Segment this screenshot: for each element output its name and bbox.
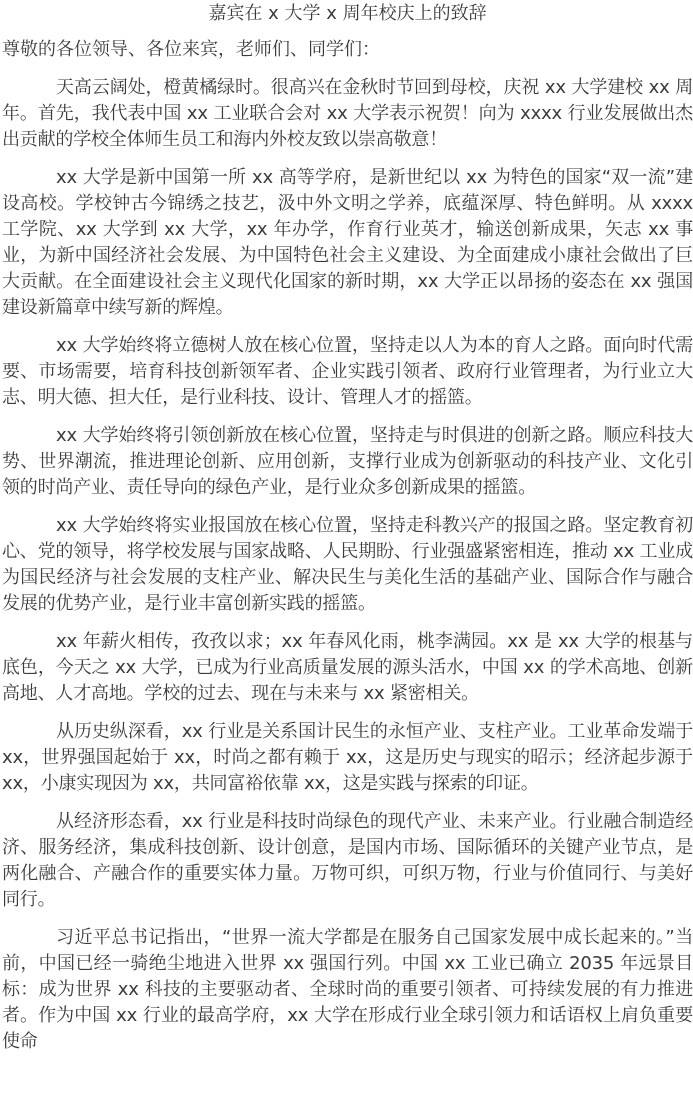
paragraph-7: 从历史纵深看，xx 行业是关系国计民生的永恒产业、支柱产业。工业革命发端于 xx… <box>2 719 693 797</box>
paragraph-6: xx 年薪火相传，孜孜以求；xx 年春风化雨，桃李满园。xx 是 xx 大学的根… <box>2 629 693 707</box>
document-page: 嘉宾在 x 大学 x 周年校庆上的致辞 尊敬的各位领导、各位来宾，老师们、同学们… <box>0 1 693 1055</box>
paragraph-2: xx 大学是新中国第一所 xx 高等学府，是新世纪以 xx 为特色的国家“双一流… <box>2 165 693 321</box>
paragraph-4: xx 大学始终将引领创新放在核心位置，坚持走与时俱进的创新之路。顺应科技大势、世… <box>2 423 693 501</box>
paragraph-8: 从经济形态看，xx 行业是科技时尚绿色的现代产业、未来产业。行业融合制造经济、服… <box>2 809 693 913</box>
paragraph-3: xx 大学始终将立德树人放在核心位置，坚持走以人为本的育人之路。面向时代需要、市… <box>2 333 693 411</box>
paragraph-1: 天高云阔处，橙黄橘绿时。很高兴在金秋时节回到母校，庆祝 xx 大学建校 xx 周… <box>2 75 693 153</box>
document-title: 嘉宾在 x 大学 x 周年校庆上的致辞 <box>2 1 693 27</box>
paragraph-9: 习近平总书记指出，“世界一流大学都是在服务自己国家发展中成长起来的。”当前，中国… <box>2 925 693 1055</box>
salutation: 尊敬的各位领导、各位来宾，老师们、同学们： <box>2 37 693 63</box>
paragraph-5: xx 大学始终将实业报国放在核心位置，坚持走科教兴产的报国之路。坚定教育初心、党… <box>2 513 693 617</box>
